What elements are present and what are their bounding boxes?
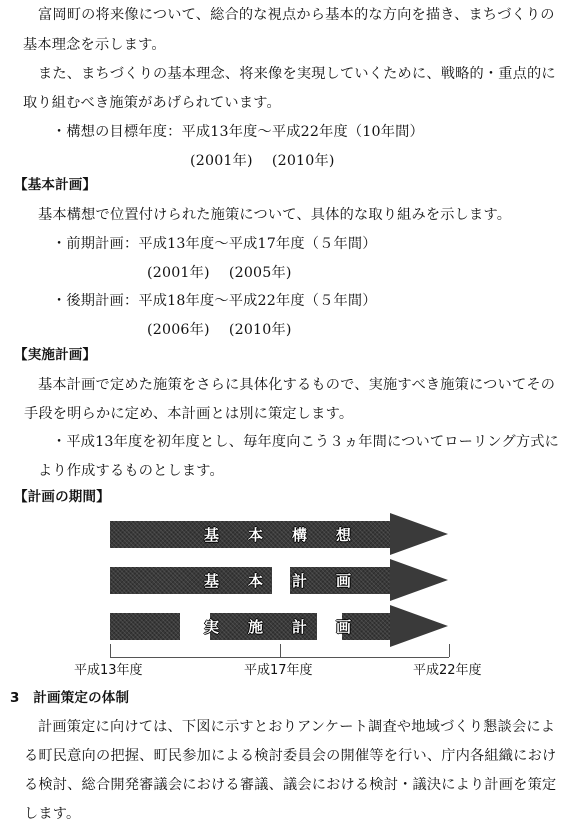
bar-label-char: 施 bbox=[248, 616, 263, 637]
target-year-item: ・構想の目標年度：平成13年度～平成22年度（10年間） bbox=[52, 123, 424, 141]
axis-tick bbox=[449, 644, 450, 657]
intro-paragraph-2: また、まちづくりの基本理念、将来像を実現していくために、戦略的・重点的に bbox=[38, 65, 556, 83]
kouki-keikaku-western: (2006年) (2010年) bbox=[147, 321, 292, 339]
bar-label-char: 基 bbox=[204, 570, 219, 591]
bar-label-char: 計 bbox=[292, 616, 307, 637]
bar-label-char: 画 bbox=[336, 570, 351, 591]
section-3-paragraph-cont-3: します。 bbox=[24, 805, 80, 823]
axis-label-h22: 平成22年度 bbox=[413, 659, 482, 678]
section-3-paragraph: 計画策定に向けては、下図に示すとおりアンケート調査や地域づくり懇談会によ bbox=[38, 718, 555, 736]
target-year-western: (2001年) (2010年) bbox=[190, 152, 335, 170]
axis-tick bbox=[110, 644, 111, 657]
axis-label-h17: 平成17年度 bbox=[244, 659, 313, 678]
bar-label-char: 構 bbox=[292, 524, 307, 545]
bar-label-char: 本 bbox=[248, 570, 263, 591]
arrow-head-icon bbox=[390, 605, 448, 647]
kihon-keikaku-desc: 基本構想で位置付けられた施策について、具体的な取り組みを示します。 bbox=[38, 206, 511, 224]
jisshi-keikaku-desc-cont: 手段を明らかに定め、本計画とは別に策定します。 bbox=[24, 405, 353, 423]
arrow-head-icon bbox=[390, 559, 448, 601]
bar-label-char: 画 bbox=[336, 616, 351, 637]
bar-label-char: 実 bbox=[204, 616, 219, 637]
plan-period-diagram: 基 本 構 想 基 本 計 画 実 施 計 画 平成13年度 平成17年度 平成… bbox=[0, 505, 567, 685]
bar-label-char: 想 bbox=[336, 524, 351, 545]
heading-keikaku-kikan: 【計画の期間】 bbox=[14, 488, 110, 506]
bar-label-char: 基 bbox=[204, 524, 219, 545]
kouki-keikaku-item: ・後期計画：平成18年度～平成22年度（５年間） bbox=[52, 292, 377, 310]
intro-paragraph-1: 富岡町の将来像について、総合的な視点から基本的な方向を描き、まちづくりの bbox=[38, 6, 555, 24]
section-3-paragraph-cont-2: る検討、総合開発審議会における審議、議会における検討・議決により計画を策定 bbox=[24, 776, 556, 794]
heading-jisshi-keikaku: 【実施計画】 bbox=[14, 346, 96, 364]
heading-kihon-keikaku: 【基本計画】 bbox=[14, 176, 96, 194]
intro-paragraph-1-cont: 基本理念を示します。 bbox=[23, 36, 166, 54]
timeline-axis bbox=[110, 657, 449, 658]
rolling-item-cont: より作成するものとします。 bbox=[38, 462, 224, 480]
arrow-head-icon bbox=[390, 513, 448, 555]
jisshi-keikaku-desc: 基本計画で定めた施策をさらに具体化するもので、実施すべき施策についてその bbox=[38, 376, 555, 394]
bar-label-char: 計 bbox=[292, 570, 307, 591]
axis-label-h13: 平成13年度 bbox=[74, 659, 143, 678]
zenki-keikaku-western: (2001年) (2005年) bbox=[147, 264, 292, 282]
axis-tick bbox=[280, 644, 281, 657]
rolling-item: ・平成13年度を初年度とし、毎年度向こう３ヵ年間についてローリング方式に bbox=[52, 433, 559, 451]
jisshi-keikaku-bar-1 bbox=[110, 613, 180, 640]
section-3-heading: 3 計画策定の体制 bbox=[10, 689, 129, 707]
zenki-keikaku-item: ・前期計画：平成13年度～平成17年度（５年間） bbox=[52, 235, 377, 253]
bar-label-char: 本 bbox=[248, 524, 263, 545]
section-3-paragraph-cont-1: る町民意向の把握、町民参加による検討委員会の開催等を行い、庁内各組織におけ bbox=[24, 747, 556, 765]
intro-paragraph-2-cont: 取り組むべき施策があげられています。 bbox=[23, 94, 281, 112]
